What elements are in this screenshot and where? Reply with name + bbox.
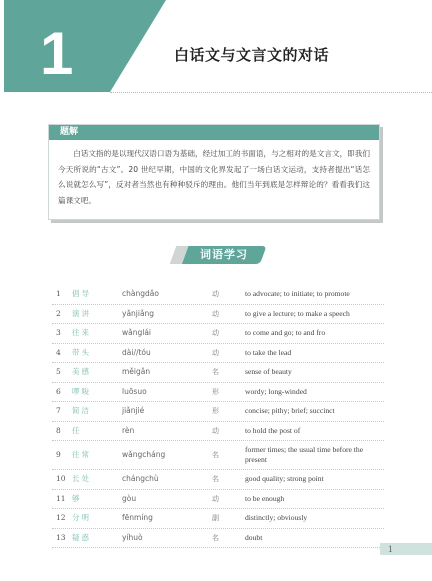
vocab-pos: 名 xyxy=(212,441,219,469)
vocab-row: 10 长处 chángchù 名 good quality; strong po… xyxy=(52,470,384,490)
vocab-row: 1 倡导 chàngdǎo 动 to advocate; to initiate… xyxy=(52,285,384,305)
vocab-row: 3 往来 wǎnglái 动 to come and go; to and fr… xyxy=(52,324,384,344)
vocab-pinyin: chángchù xyxy=(122,470,159,489)
vocab-num: 11 xyxy=(56,490,66,509)
vocab-row: 7 简洁 jiǎnjié 形 concise; pithy; brief; su… xyxy=(52,402,384,422)
vocab-pinyin: yíhuò xyxy=(122,529,143,548)
vocab-meaning: sense of beauty xyxy=(245,363,385,382)
vocab-pos: 动 xyxy=(212,305,219,324)
vocab-meaning: to give a lecture; to make a speech xyxy=(245,305,385,324)
vocab-num: 12 xyxy=(56,509,66,528)
chapter-banner xyxy=(4,0,166,92)
vocab-meaning: to hold the post of xyxy=(245,422,385,441)
vocab-pos: 名 xyxy=(212,529,219,548)
vocab-pinyin: chàngdǎo xyxy=(122,285,159,304)
vocab-hanzi: 任 xyxy=(72,422,82,441)
vocab-meaning: to take the lead xyxy=(245,344,385,363)
vocab-hanzi: 啰唆 xyxy=(72,383,91,402)
chapter-number: 1 xyxy=(40,24,73,84)
vocab-table: 1 倡导 chàngdǎo 动 to advocate; to initiate… xyxy=(52,285,384,548)
vocab-num: 1 xyxy=(56,285,61,304)
vocab-num: 4 xyxy=(56,344,61,363)
vocab-row: 9 往常 wǎngcháng 名 former times; the usual… xyxy=(52,441,384,470)
vocab-pinyin: fēnmíng xyxy=(122,509,153,528)
page-number: 1 xyxy=(380,543,432,555)
vocab-section-tag: 词语学习 xyxy=(180,246,260,264)
vocab-hanzi: 演讲 xyxy=(72,305,91,324)
vocab-num: 6 xyxy=(56,383,61,402)
vocab-num: 8 xyxy=(56,422,61,441)
vocab-meaning: to come and go; to and fro xyxy=(245,324,385,343)
vocab-pos: 动 xyxy=(212,324,219,343)
vocab-num: 5 xyxy=(56,363,61,382)
vocab-pinyin: luōsuo xyxy=(122,383,147,402)
vocab-meaning: distinctly; obviously xyxy=(245,509,385,528)
vocab-hanzi: 倡导 xyxy=(72,285,91,304)
vocab-row: 11 够 gòu 动 to be enough xyxy=(52,490,384,510)
vocab-meaning: wordy; long-winded xyxy=(245,383,385,402)
vocab-row: 13 疑惑 yíhuò 名 doubt xyxy=(52,529,384,549)
vocab-pos: 名 xyxy=(212,363,219,382)
vocab-pos: 动 xyxy=(212,422,219,441)
vocab-pinyin: rèn xyxy=(122,422,134,441)
vocab-meaning: to be enough xyxy=(245,490,385,509)
vocab-meaning: doubt xyxy=(245,529,385,548)
vocab-pos: 动 xyxy=(212,285,219,304)
vocab-pinyin: měigǎn xyxy=(122,363,150,382)
vocab-hanzi: 带头 xyxy=(72,344,91,363)
vocab-meaning: good quality; strong point xyxy=(245,470,385,489)
vocab-hanzi: 分明 xyxy=(72,509,91,528)
vocab-num: 13 xyxy=(56,529,66,548)
vocab-meaning: former times; the usual time before the … xyxy=(245,445,385,465)
intro-heading: 题解 xyxy=(49,125,379,140)
vocab-pos: 动 xyxy=(212,490,219,509)
vocab-pinyin: wǎnglái xyxy=(122,324,151,343)
vocab-row: 8 任 rèn 动 to hold the post of xyxy=(52,422,384,442)
vocab-row: 6 啰唆 luōsuo 形 wordy; long-winded xyxy=(52,383,384,403)
vocab-num: 3 xyxy=(56,324,61,343)
vocab-pos: 形 xyxy=(212,402,219,421)
vocab-hanzi: 往常 xyxy=(72,441,91,469)
intro-box: 题解 白话文指的是以现代汉语口语为基础，经过加工的书面语，与之相对的是文言文，即… xyxy=(48,124,380,220)
vocab-pos: 副 xyxy=(212,509,219,528)
vocab-row: 5 美感 měigǎn 名 sense of beauty xyxy=(52,363,384,383)
vocab-row: 4 带头 dài//tóu 动 to take the lead xyxy=(52,344,384,364)
vocab-meaning: to advocate; to initiate; to promote xyxy=(245,285,385,304)
vocab-hanzi: 疑惑 xyxy=(72,529,91,548)
vocab-pinyin: dài//tóu xyxy=(122,344,151,363)
banner-shape-icon xyxy=(4,0,166,92)
vocab-pos: 形 xyxy=(212,383,219,402)
vocab-section-label: 词语学习 xyxy=(192,246,256,264)
vocab-pinyin: gòu xyxy=(122,490,136,509)
vocab-num: 10 xyxy=(56,470,66,489)
vocab-hanzi: 美感 xyxy=(72,363,91,382)
vocab-hanzi: 长处 xyxy=(72,470,91,489)
vocab-hanzi: 简洁 xyxy=(72,402,91,421)
intro-text: 白话文指的是以现代汉语口语为基础，经过加工的书面语，与之相对的是文言文，即我们今… xyxy=(49,140,379,208)
header-divider xyxy=(110,92,432,93)
page-title: 白话文与文言文的对话 xyxy=(174,44,329,65)
vocab-meaning: concise; pithy; brief; succinct xyxy=(245,402,385,421)
vocab-num: 9 xyxy=(56,441,61,469)
vocab-pinyin: yǎnjiǎng xyxy=(122,305,154,324)
vocab-hanzi: 往来 xyxy=(72,324,91,343)
vocab-pinyin: wǎngcháng xyxy=(122,441,165,469)
vocab-row: 12 分明 fēnmíng 副 distinctly; obviously xyxy=(52,509,384,529)
vocab-row: 2 演讲 yǎnjiǎng 动 to give a lecture; to ma… xyxy=(52,305,384,325)
vocab-pos: 名 xyxy=(212,470,219,489)
vocab-pos: 动 xyxy=(212,344,219,363)
vocab-hanzi: 够 xyxy=(72,490,82,509)
vocab-num: 7 xyxy=(56,402,61,421)
vocab-num: 2 xyxy=(56,305,61,324)
vocab-pinyin: jiǎnjié xyxy=(122,402,144,421)
